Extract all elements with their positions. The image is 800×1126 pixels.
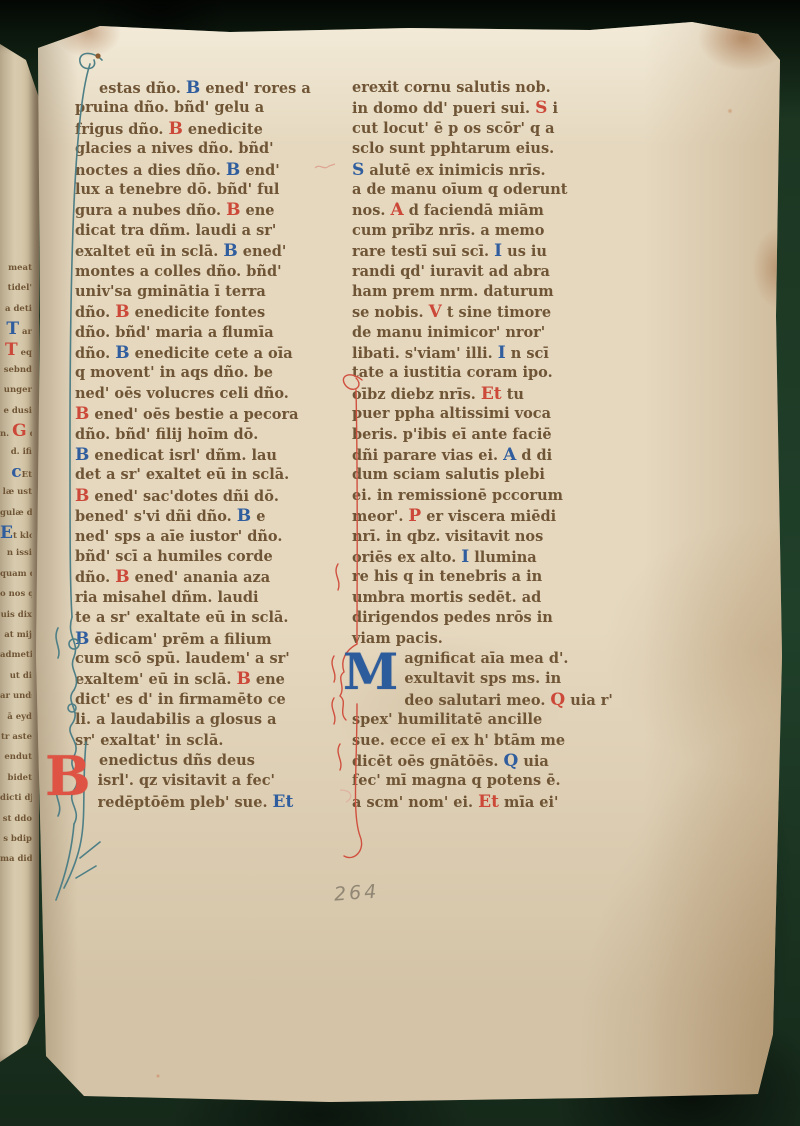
text-line: cEt: [0, 462, 32, 482]
text-line: ei. in remissionē pccorum: [352, 486, 620, 506]
text-line: noctes a dies dño. B end': [75, 160, 337, 180]
text-line: montes a colles dño. bñd': [75, 262, 337, 282]
text-line: dño. B enedicite cete a oīa: [75, 343, 337, 363]
text-line: nrī. in qbz. visitavit nos: [352, 527, 620, 547]
text-line: T eq: [0, 340, 32, 360]
text-line: dño. bñd' filij hoīm dō.: [75, 425, 337, 445]
text-line: B enedicat isrl' dñm. lau: [75, 445, 337, 465]
text-line: beris. p'ibis eī ante faciē: [352, 425, 620, 445]
text-line: uis dix: [0, 605, 32, 625]
text-line: læ ust: [0, 482, 32, 502]
magnificat-section: M agnificat aīa mea d'.exultavit sps ms.…: [352, 649, 620, 690]
text-line: B ened' oēs bestie a pecora: [75, 404, 337, 424]
text-line: isrl'. qz visitavit a fec': [75, 771, 337, 791]
text-line: a scm' nom' ei. Et mīa ei': [352, 792, 620, 812]
text-line: puer ppha altissimi voca: [352, 404, 620, 424]
text-line: dum sciam salutis plebi: [352, 465, 620, 485]
text-line: dño. B enedicite fontes: [75, 302, 337, 322]
text-line: o nos q: [0, 584, 32, 604]
text-line: ria misahel dñm. laudi: [75, 588, 337, 608]
text-line: fec' mī magna q potens ē.: [352, 771, 620, 791]
text-line: rare testī suī scī. I us iu: [352, 241, 620, 261]
text-line: tate a iustitia coram ipo.: [352, 363, 620, 383]
text-line: dicat tra dñm. laudi a sr': [75, 221, 337, 241]
text-line: pruina dño. bñd' gelu a: [75, 98, 337, 118]
benedictus-section: B enedictus dñs deusisrl'. qz visitavit …: [75, 751, 337, 812]
text-line: te a sr' exaltate eū in sclā.: [75, 608, 337, 628]
text-line: de manu inimicor' nror': [352, 323, 620, 343]
text-line: n. G d: [0, 421, 32, 441]
text-line: B ened' sac'dotes dñi dō.: [75, 486, 337, 506]
text-line: umbra mortis sedēt. ad: [352, 588, 620, 608]
folio-number-pencil: 264: [333, 880, 380, 905]
text-line: ned' sps a aīe iustor' dño.: [75, 527, 337, 547]
text-column-left: estas dño. B ened' rores apruina dño. bñ…: [75, 78, 337, 812]
text-line: dñi parare vias ei. A d di: [352, 445, 620, 465]
text-line: bidet: [0, 768, 32, 788]
text-line: tr aste: [0, 727, 32, 747]
text-line: meor'. P er viscera miēdi: [352, 506, 620, 526]
text-line: cut locut' ē p os scōr' q a: [352, 119, 620, 139]
text-line: s bdip: [0, 829, 32, 849]
text-line: oībz diebz nrīs. Et tu: [352, 384, 620, 404]
text-line: exaltem' eū in sclā. B ene: [75, 669, 337, 689]
text-line: se nobis. V t sine timore: [352, 302, 620, 322]
text-column-right: erexit cornu salutis nob.in domo dd' pue…: [352, 78, 620, 812]
text-line: sue. ecce eī ex h' btām me: [352, 731, 620, 751]
text-line: bñd' scī a humiles corde: [75, 547, 337, 567]
text-line: B ēdicam' prēm a filium: [75, 629, 337, 649]
text-line: ā eyd: [0, 707, 32, 727]
text-line: ar unds: [0, 686, 32, 706]
text-line: gulæ d: [0, 503, 32, 523]
text-line: sr' exaltat' in sclā.: [75, 731, 337, 751]
text-line: tidel': [0, 278, 32, 298]
text-line: in domo dd' pueri sui. S i: [352, 98, 620, 118]
benedictus-initial: B: [45, 753, 91, 799]
magnificat-initial: M: [343, 650, 398, 694]
text-line: erexit cornu salutis nob.: [352, 78, 620, 98]
text-line: st ddo: [0, 809, 32, 829]
text-line: endut: [0, 747, 32, 767]
text-line: det a sr' exaltet eū in sclā.: [75, 465, 337, 485]
text-line: Et klo: [0, 523, 32, 543]
text-line: cum scō spū. laudem' a sr': [75, 649, 337, 669]
text-line: dño. bñd' maria a flumīa: [75, 323, 337, 343]
text-line: randi qd' iuravit ad abra: [352, 262, 620, 282]
text-line: n issi: [0, 543, 32, 563]
text-line: ma didi: [0, 849, 32, 869]
text-line: ham prem nrm. daturum: [352, 282, 620, 302]
text-line: glacies a nives dño. bñd': [75, 139, 337, 159]
text-line: T ar: [0, 319, 32, 339]
text-line: oriēs ex alto. I llumina: [352, 547, 620, 567]
text-line: nos. A d faciendā miām: [352, 200, 620, 220]
facing-page-edge: meattidel'a detiT arT eqsebndungere dusi…: [0, 44, 39, 1062]
text-line: ned' oēs volucres celi dño.: [75, 384, 337, 404]
text-line: a de manu oīum q oderunt: [352, 180, 620, 200]
text-line: at mij: [0, 625, 32, 645]
text-line: spex' humilitatē ancille: [352, 710, 620, 730]
text-line: e dusi: [0, 401, 32, 421]
text-line: exaltet eū in sclā. B ened': [75, 241, 337, 261]
text-line: estas dño. B ened' rores a: [75, 78, 337, 98]
text-line: libati. s'viam' illi. I n scī: [352, 343, 620, 363]
text-line: q movent' in aqs dño. be: [75, 363, 337, 383]
text-line: admeti: [0, 645, 32, 665]
text-line: d. ifi: [0, 442, 32, 462]
text-line: enedictus dñs deus: [75, 751, 337, 771]
text-line: ut di: [0, 666, 32, 686]
facing-page-text-fragments: meattidel'a detiT arT eqsebndungere dusi…: [0, 258, 32, 870]
text-line: dicēt oēs gnātōēs. Q uia: [352, 751, 620, 771]
text-line: frigus dño. B enedicite: [75, 119, 337, 139]
text-line: sclo sunt pphtarum eius.: [352, 139, 620, 159]
text-line: sebnd: [0, 360, 32, 380]
text-line: dict' es d' in firmamēto ce: [75, 690, 337, 710]
text-line: dirigendos pedes nrōs in: [352, 608, 620, 628]
text-line: cum prībz nrīs. a memo: [352, 221, 620, 241]
text-line: S alutē ex inimicis nrīs.: [352, 160, 620, 180]
text-line: a deti: [0, 299, 32, 319]
text-line: meat: [0, 258, 32, 278]
text-line: unger: [0, 380, 32, 400]
manuscript-page: estas dño. B ened' rores apruina dño. bñ…: [30, 16, 784, 1106]
text-line: univ'sa gminātia ī terra: [75, 282, 337, 302]
text-line: quam d: [0, 564, 32, 584]
text-line: gura a nubes dño. B ene: [75, 200, 337, 220]
text-line: li. a laudabilis a glosus a: [75, 710, 337, 730]
text-line: re his q in tenebris a in: [352, 567, 620, 587]
text-line: bened' s'vi dñi dño. B e: [75, 506, 337, 526]
text-line: dicti dj: [0, 788, 32, 808]
text-line: redēptōēm pleb' sue. Et: [75, 792, 337, 812]
text-line: lux a tenebre dō. bñd' ful: [75, 180, 337, 200]
text-line: dño. B ened' anania aza: [75, 567, 337, 587]
